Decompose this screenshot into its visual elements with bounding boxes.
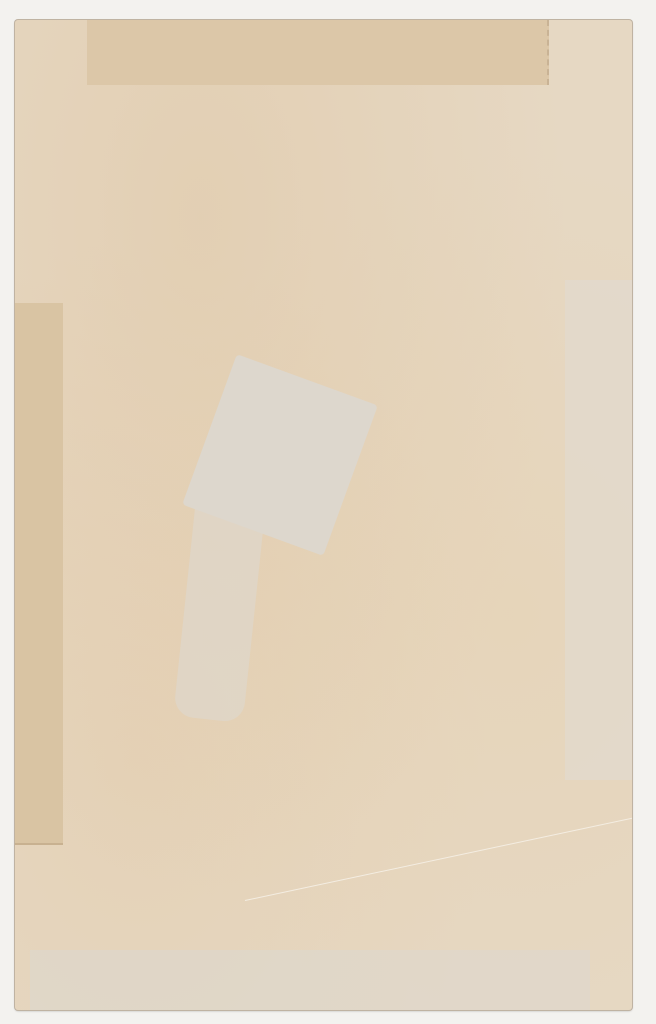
card-back — [15, 20, 632, 1010]
faded-strip-right — [565, 280, 632, 780]
faded-band-bottom — [30, 950, 590, 1010]
tape-residue-top — [87, 20, 549, 85]
crease-line — [245, 817, 632, 901]
tape-residue-left — [15, 303, 63, 845]
